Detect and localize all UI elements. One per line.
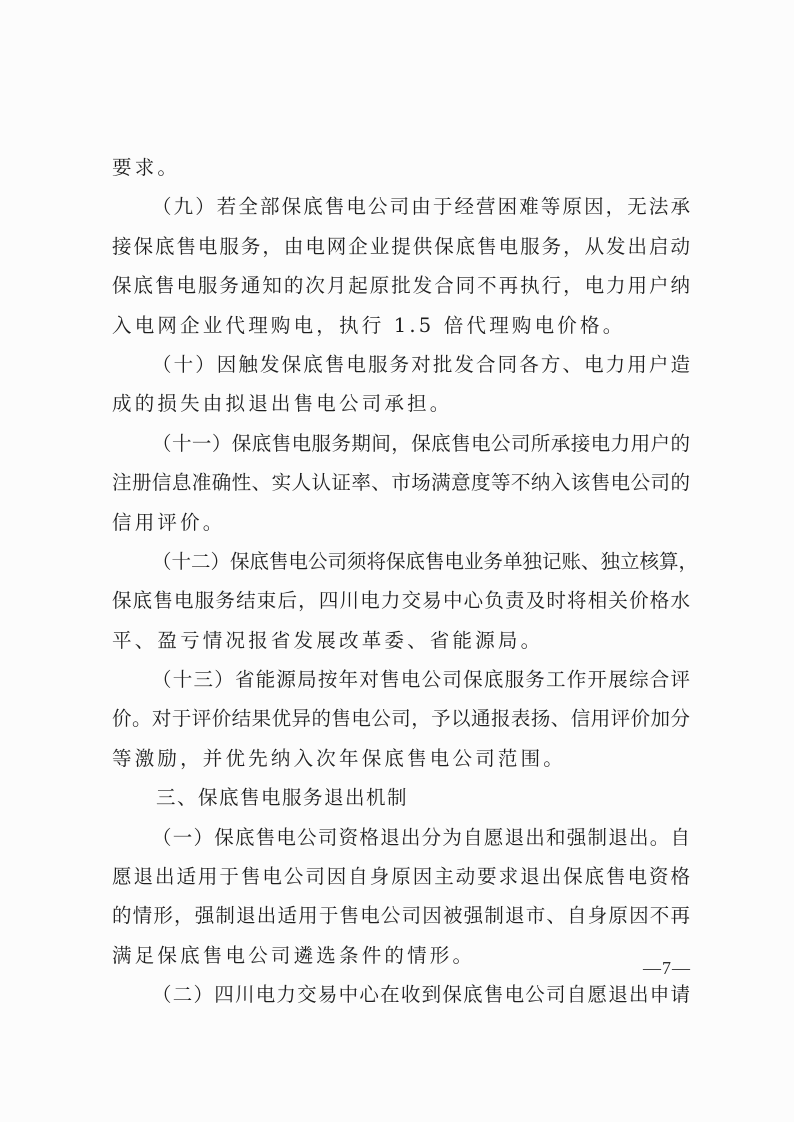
text-line: 保底售电服务通知的次月起原批发合同不再执行，电力用户纳 (112, 266, 690, 305)
section3-paragraph-2-line: （二）四川电力交易中心在收到保底售电公司自愿退出申请 (112, 975, 690, 1014)
paragraph-12-line: （十二）保底售电公司须将保底售电业务单独记账、独立核算， (112, 542, 690, 581)
text-line: 成的损失由拟退出售电公司承担。 (112, 384, 690, 423)
text-line: 要求。 (112, 148, 690, 187)
page-number: —7— (643, 958, 691, 979)
text-line: 注册信息准确性、实人认证率、市场满意度等不纳入该售电公司的 (112, 463, 690, 502)
text-line: 保底售电服务结束后，四川电力交易中心负责及时将相关价格水 (112, 581, 690, 620)
text-line: 价。对于评价结果优异的售电公司，予以通报表扬、信用评价加分 (112, 699, 690, 738)
section-heading: 三、保底售电服务退出机制 (112, 778, 690, 817)
paragraph-11-line: （十一）保底售电服务期间，保底售电公司所承接电力用户的 (112, 424, 690, 463)
paragraph-10-line: （十）因触发保底售电服务对批发合同各方、电力用户造 (112, 345, 690, 384)
text-line: 平、盈亏情况报省发展改革委、省能源局。 (112, 621, 690, 660)
text-line: 接保底售电服务，由电网企业提供保底售电服务，从发出启动 (112, 227, 690, 266)
text-line: 入电网企业代理购电，执行 1.5 倍代理购电价格。 (112, 306, 690, 345)
paragraph-13-line: （十三）省能源局按年对售电公司保底服务工作开展综合评 (112, 660, 690, 699)
section3-paragraph-1-line: （一）保底售电公司资格退出分为自愿退出和强制退出。自 (112, 818, 690, 857)
document-page: 要求。 （九）若全部保底售电公司由于经营困难等原因，无法承 接保底售电服务，由电… (0, 0, 794, 1122)
text-line: 的情形，强制退出适用于售电公司因被强制退市、自身原因不再 (112, 896, 690, 935)
text-line: 愿退出适用于售电公司因自身原因主动要求退出保底售电资格 (112, 857, 690, 896)
text-line: 满足保底售电公司遴选条件的情形。 (112, 936, 690, 975)
document-body: 要求。 （九）若全部保底售电公司由于经营困难等原因，无法承 接保底售电服务，由电… (112, 148, 690, 1015)
text-line: 信用评价。 (112, 503, 690, 542)
text-line: 等激励，并优先纳入次年保底售电公司范围。 (112, 739, 690, 778)
paragraph-9-line: （九）若全部保底售电公司由于经营困难等原因，无法承 (112, 187, 690, 226)
